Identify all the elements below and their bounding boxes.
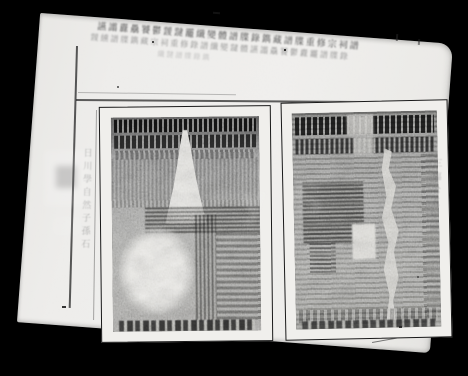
microfilm-scan-view: 讌譾纛驫饕鬱靉靆龗纖變體譜牒錄鐫藏譜牒重修宗祠譜 靉纁譜牒鐫藏宗祠重修錄譜纖變靆… — [0, 0, 468, 376]
ink-speck — [284, 49, 286, 51]
watermark-blotch-notch — [56, 166, 76, 188]
left-photograph — [111, 116, 261, 332]
top-edge-tick — [213, 12, 220, 14]
ink-speck — [152, 41, 154, 43]
top-edge-tick — [418, 39, 420, 45]
watermark-glyphs: y S — [240, 176, 330, 225]
watermark-blotch-small — [52, 216, 82, 236]
ink-speck — [62, 306, 66, 308]
ink-speck — [399, 326, 402, 328]
ink-speck — [117, 86, 119, 88]
ink-speck — [417, 276, 419, 278]
left-photo-grain-noise — [111, 116, 261, 332]
